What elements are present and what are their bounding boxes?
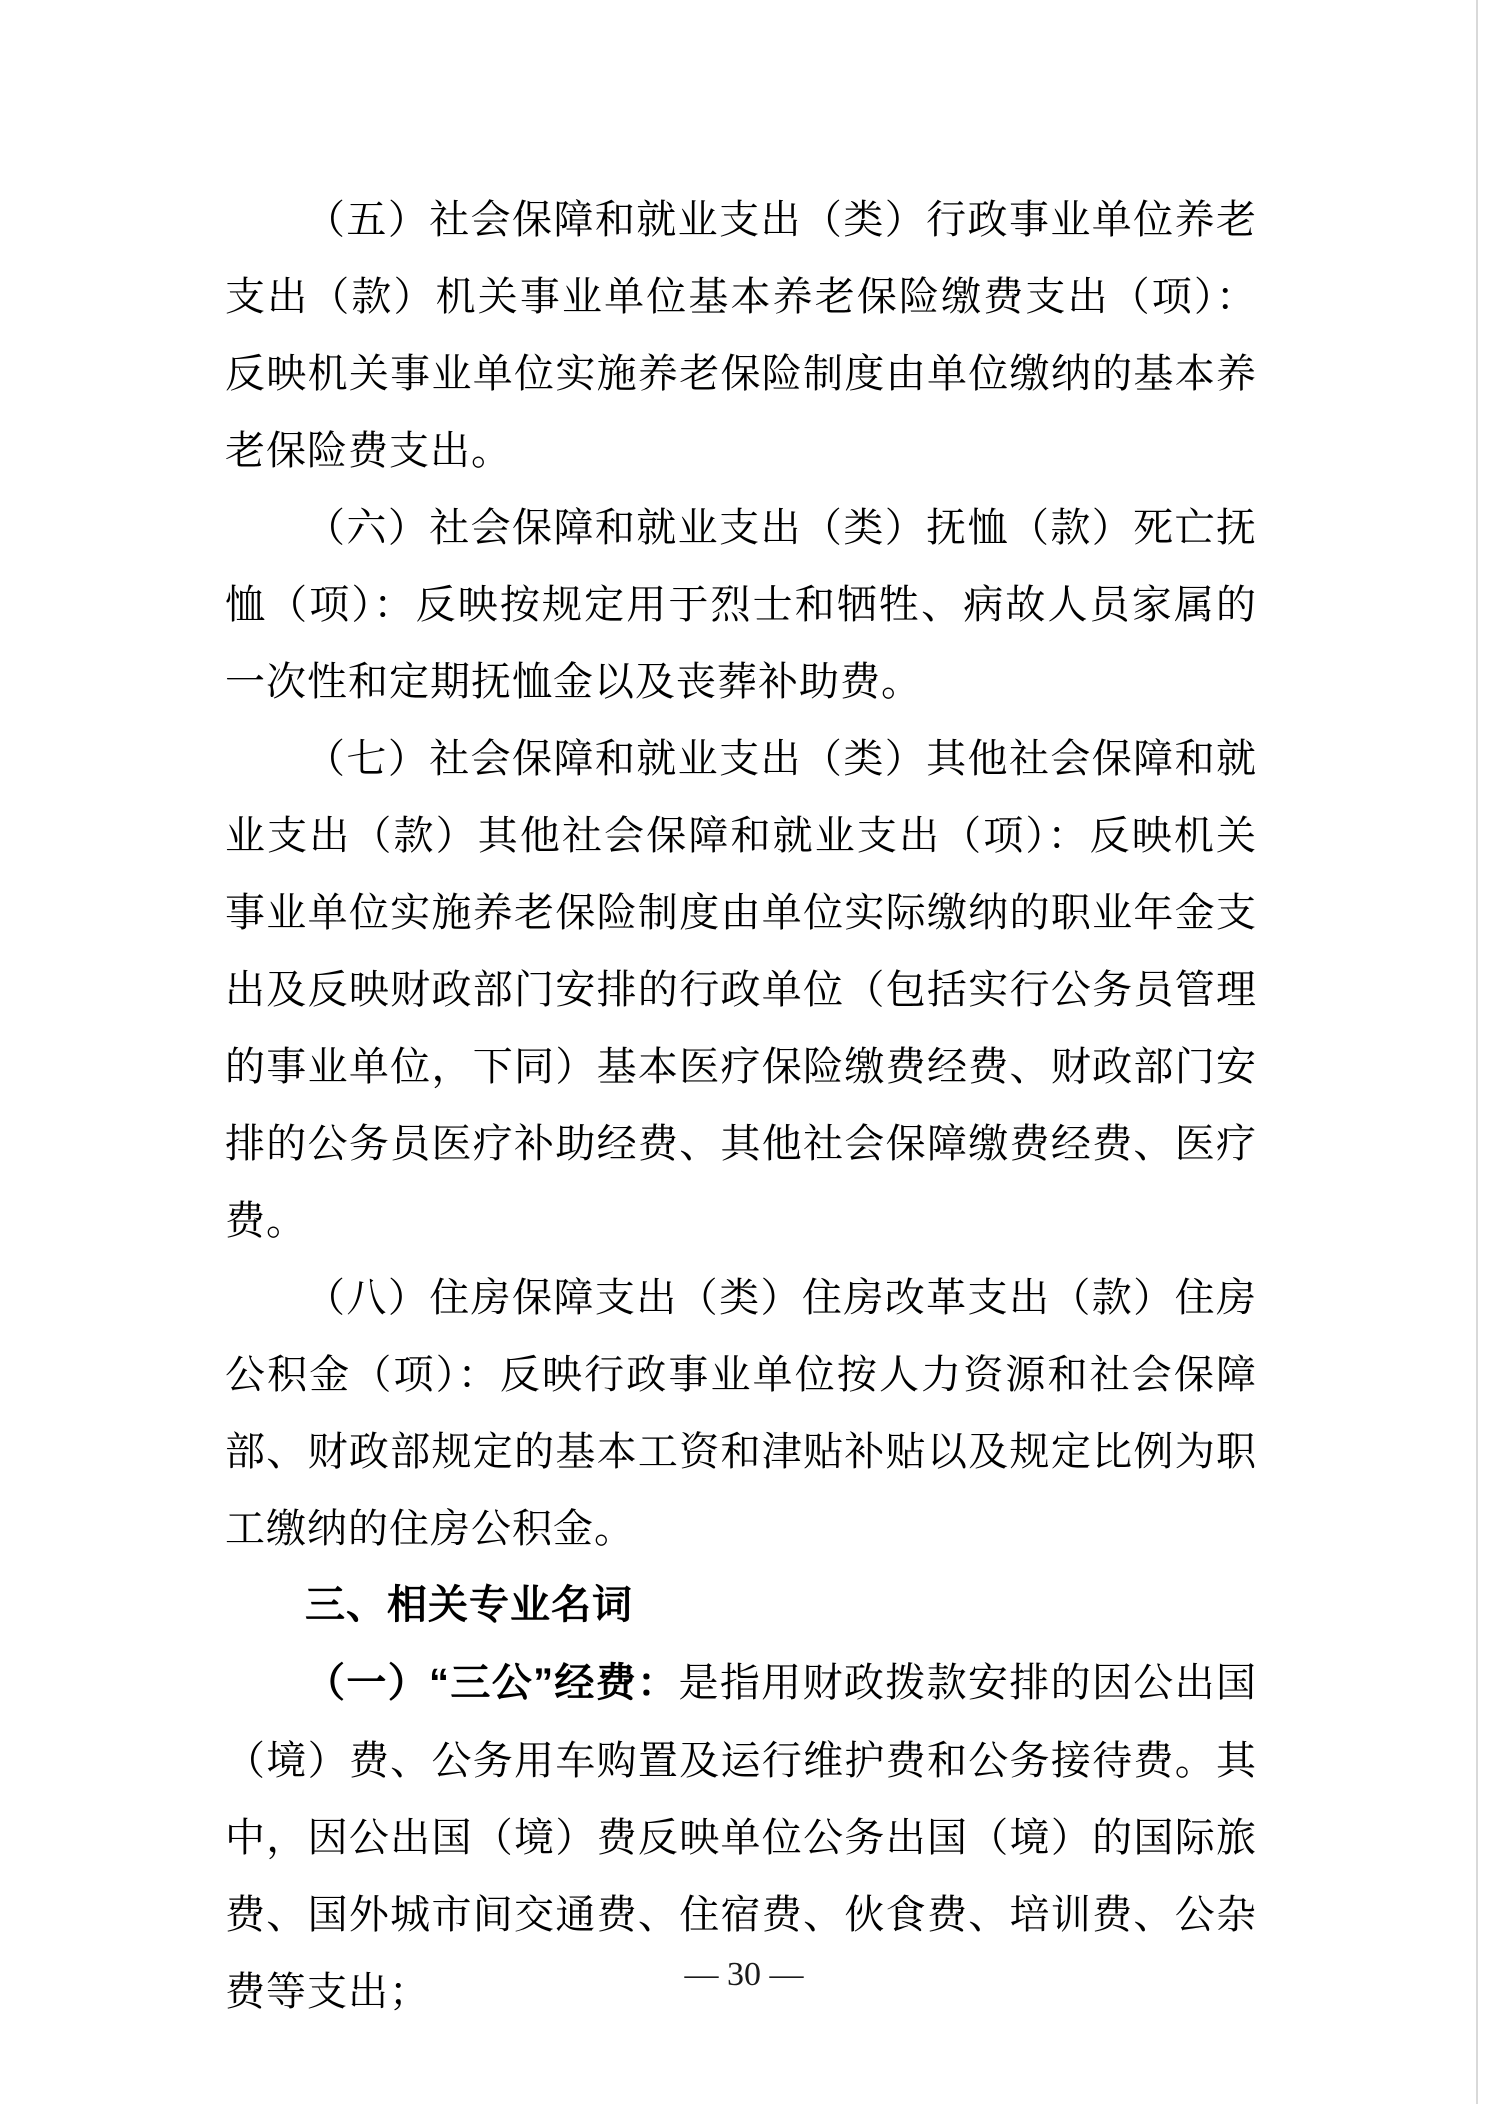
- scan-edge-line: [1476, 0, 1478, 2104]
- page-content: （五）社会保障和就业支出（类）行政事业单位养老支出（款）机关事业单位基本养老保险…: [225, 181, 1257, 2030]
- page-footer: — 30 —: [0, 1950, 1488, 2000]
- page-number: — 30 —: [685, 1956, 804, 1993]
- paragraph-item-8: （八）住房保障支出（类）住房改革支出（款）住房公积金（项）：反映行政事业单位按人…: [225, 1259, 1257, 1567]
- term-label: （一）“三公”经费：: [305, 1661, 678, 1705]
- paragraph-item-7: （七）社会保障和就业支出（类）其他社会保障和就业支出（款）其他社会保障和就业支出…: [225, 720, 1257, 1259]
- document-page: （五）社会保障和就业支出（类）行政事业单位养老支出（款）机关事业单位基本养老保险…: [0, 0, 1488, 2104]
- section-heading: 三、相关专业名词: [225, 1567, 1257, 1644]
- paragraph-item-5: （五）社会保障和就业支出（类）行政事业单位养老支出（款）机关事业单位基本养老保险…: [225, 181, 1257, 489]
- paragraph-item-6: （六）社会保障和就业支出（类）抚恤（款）死亡抚恤（项）：反映按规定用于烈士和牺牲…: [225, 489, 1257, 720]
